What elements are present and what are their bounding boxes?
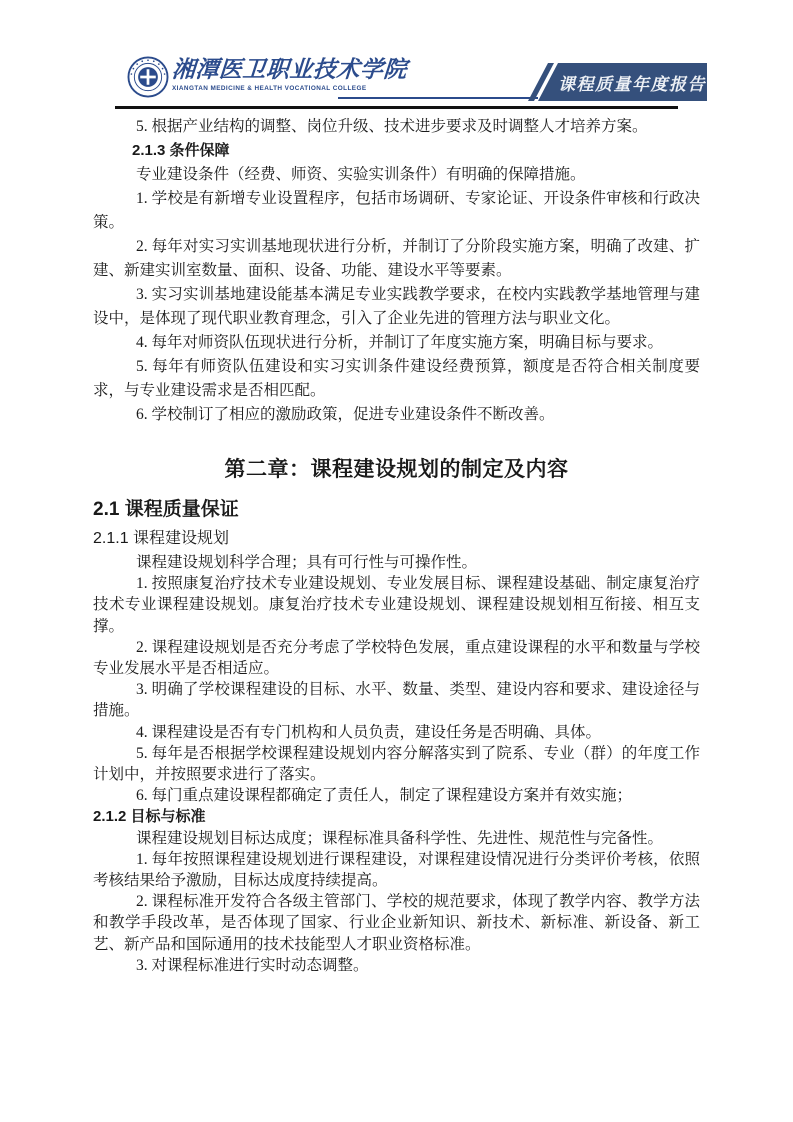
paragraph: 专业建设条件（经费、师资、实验实训条件）有明确的保障措施。 bbox=[93, 163, 700, 187]
paragraph: 2. 课程建设规划是否充分考虑了学校特色发展，重点建设课程的水平和数量与学校专业… bbox=[93, 637, 700, 679]
paragraph: 6. 每门重点建设课程都确定了责任人，制定了课程建设方案并有效实施； bbox=[93, 785, 700, 806]
college-name-zh: 湘潭医卫职业技术学院 bbox=[171, 57, 433, 82]
paragraph: 3. 明确了学校课程建设的目标、水平、数量、类型、建设内容和要求、建设途径与措施… bbox=[93, 679, 700, 721]
banner-label: 课程质量年度报告 bbox=[563, 63, 701, 101]
header-rule bbox=[115, 106, 678, 109]
paragraph: 6. 学校制订了相应的激励政策，促进专业建设条件不断改善。 bbox=[93, 403, 700, 427]
chapter-title: 第二章：课程建设规划的制定及内容 bbox=[93, 453, 700, 483]
college-name-en: XIANGTAN MEDICINE & HEALTH VOCATIONAL CO… bbox=[172, 85, 432, 92]
report-banner: 课程质量年度报告 bbox=[515, 63, 707, 101]
college-logo-icon bbox=[127, 56, 169, 98]
page: { "header": { "college_name_zh": "湘潭医卫职业… bbox=[0, 0, 793, 1122]
paragraph: 5. 每年是否根据学校课程建设规划内容分解落实到了院系、专业（群）的年度工作计划… bbox=[93, 743, 700, 785]
inline-heading: 2.1.3 条件保障 bbox=[93, 139, 700, 163]
paragraph: 1. 按照康复治疗技术专业建设规划、专业发展目标、课程建设基础、制定康复治疗技术… bbox=[93, 573, 700, 637]
paragraph: 3. 实习实训基地建设能基本满足专业实践教学要求，在校内实践教学基地管理与建设中… bbox=[93, 283, 700, 331]
paragraph: 5. 每年有师资队伍建设和实习实训条件建设经费预算，额度是否符合相关制度要求，与… bbox=[93, 355, 700, 403]
body-block-1: 5. 根据产业结构的调整、岗位升级、技术进步要求及时调整人才培养方案。2.1.3… bbox=[93, 115, 700, 427]
college-name: 湘潭医卫职业技术学院 XIANGTAN MEDICINE & HEALTH VO… bbox=[172, 57, 432, 92]
paragraph: 课程建设规划科学合理；具有可行性与可操作性。 bbox=[93, 552, 700, 573]
paragraph: 2. 每年对实习实训基地现状进行分析，并制订了分阶段实施方案，明确了改建、扩建、… bbox=[93, 235, 700, 283]
paragraph: 3. 对课程标准进行实时动态调整。 bbox=[93, 955, 700, 976]
section-2-1-title: 2.1 课程质量保证 bbox=[93, 494, 239, 521]
paragraph: 2. 课程标准开发符合各级主管部门、学校的规范要求，体现了教学内容、教学方法和教… bbox=[93, 891, 700, 955]
paragraph: 4. 课程建设是否有专门机构和人员负责，建设任务是否明确、具体。 bbox=[93, 722, 700, 743]
paragraph: 5. 根据产业结构的调整、岗位升级、技术进步要求及时调整人才培养方案。 bbox=[93, 115, 700, 139]
body-block-2: 课程建设规划科学合理；具有可行性与可操作性。1. 按照康复治疗技术专业建设规划、… bbox=[93, 552, 700, 976]
paragraph: 4. 每年对师资队伍现状进行分析，并制订了年度实施方案，明确目标与要求。 bbox=[93, 331, 700, 355]
header-underline bbox=[338, 97, 538, 99]
paragraph: 课程建设规划目标达成度；课程标准具备科学性、先进性、规范性与完备性。 bbox=[93, 828, 700, 849]
paragraph: 1. 每年按照课程建设规划进行课程建设，对课程建设情况进行分类评价考核，依照考核… bbox=[93, 849, 700, 891]
paragraph: 1. 学校是有新增专业设置程序，包括市场调研、专家论证、开设条件审核和行政决策。 bbox=[93, 187, 700, 235]
inline-heading: 2.1.2 目标与标准 bbox=[93, 806, 700, 827]
section-2-1-1-title: 2.1.1 课程建设规划 bbox=[93, 525, 229, 548]
